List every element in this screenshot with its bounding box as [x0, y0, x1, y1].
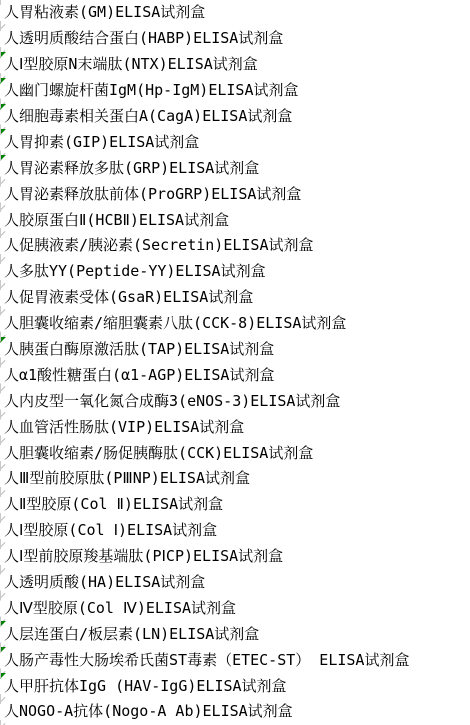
table-row[interactable]: 人透明质酸结合蛋白(HABP)ELISA试剂盒	[0, 26, 470, 52]
cell-text: 人促胃液素受体(GsaR)ELISA试剂盒	[0, 290, 253, 305]
table-row[interactable]: 人肠产毒性大肠埃希氏菌ST毒素（ETEC-ST） ELISA试剂盒	[0, 647, 470, 673]
cell-text: 人胰蛋白酶原激活肽(TAP)ELISA试剂盒	[0, 342, 274, 357]
cell-text: 人α1酸性糖蛋白(α1-AGP)ELISA试剂盒	[0, 368, 274, 383]
table-row[interactable]: 人胆囊收缩素/缩胆囊素八肽(CCK-8)ELISA试剂盒	[0, 311, 470, 337]
cell-text: 人血管活性肠肽(VIP)ELISA试剂盒	[0, 420, 244, 435]
table-row[interactable]: 人血管活性肠肽(VIP)ELISA试剂盒	[0, 414, 470, 440]
table-row[interactable]: 人胃粘液素(GM)ELISA试剂盒	[0, 0, 470, 26]
error-indicator-icon	[0, 78, 6, 84]
cell-text: 人胆囊收缩素/肠促胰酶肽(CCK)ELISA试剂盒	[0, 446, 313, 461]
cell-text: 人Ⅱ型胶原(Col Ⅱ)ELISA试剂盒	[0, 497, 223, 512]
cell-text: 人甲肝抗体IgG (HAV-IgG)ELISA试剂盒	[0, 679, 287, 694]
table-row[interactable]: 人NOGO-A抗体(Nogo-A Ab)ELISA试剂盒	[0, 699, 470, 725]
cell-text: 人Ⅰ型胶原(Col Ⅰ)ELISA试剂盒	[0, 523, 217, 538]
error-indicator-icon	[0, 337, 6, 343]
cell-text: 人NOGO-A抗体(Nogo-A Ab)ELISA试剂盒	[0, 704, 293, 719]
cell-text: 人细胞毒素相关蛋白A(CagA)ELISA试剂盒	[0, 109, 292, 124]
table-row[interactable]: 人促胃液素受体(GsaR)ELISA试剂盒	[0, 285, 470, 311]
table-row[interactable]: 人胃泌素释放肽前体(ProGRP)ELISA试剂盒	[0, 181, 470, 207]
cell-text: 人胃泌素释放多肽(GRP)ELISA试剂盒	[0, 161, 259, 176]
table-row[interactable]: 人Ⅱ型胶原(Col Ⅱ)ELISA试剂盒	[0, 492, 470, 518]
cell-text: 人内皮型一氧化氮合成酶3(eNOS-3)ELISA试剂盒	[0, 394, 340, 409]
cell-text: 人胃粘液素(GM)ELISA试剂盒	[0, 5, 205, 20]
cell-text: 人幽门螺旋杆菌IgM(Hp-IgM)ELISA试剂盒	[0, 83, 299, 98]
error-indicator-icon	[0, 52, 6, 58]
cell-text: 人胃抑素(GIP)ELISA试剂盒	[0, 135, 199, 150]
cell-text: 人Ⅰ型胶原N末端肽(NTX)ELISA试剂盒	[0, 57, 258, 72]
table-row[interactable]: 人甲肝抗体IgG (HAV-IgG)ELISA试剂盒	[0, 673, 470, 699]
cell-text: 人透明质酸(HA)ELISA试剂盒	[0, 575, 205, 590]
table-row[interactable]: 人Ⅰ型胶原N末端肽(NTX)ELISA试剂盒	[0, 52, 470, 78]
table-row[interactable]: 人胰蛋白酶原激活肽(TAP)ELISA试剂盒	[0, 337, 470, 363]
table-row[interactable]: 人Ⅲ型前胶原肽(PⅢNP)ELISA试剂盒	[0, 466, 470, 492]
cell-text: 人胃泌素释放肽前体(ProGRP)ELISA试剂盒	[0, 187, 301, 202]
cell-text: 人促胰液素/胰泌素(Secretin)ELISA试剂盒	[0, 238, 314, 253]
table-row[interactable]: 人Ⅰ型胶原(Col Ⅰ)ELISA试剂盒	[0, 518, 470, 544]
cell-text: 人肠产毒性大肠埃希氏菌ST毒素（ETEC-ST） ELISA试剂盒	[0, 653, 409, 668]
cell-text: 人Ⅳ型胶原(Col Ⅳ)ELISA试剂盒	[0, 601, 236, 616]
error-indicator-icon	[0, 155, 6, 161]
table-row[interactable]: 人α1酸性糖蛋白(α1-AGP)ELISA试剂盒	[0, 362, 470, 388]
error-indicator-icon	[0, 129, 6, 135]
row-list: 人胃粘液素(GM)ELISA试剂盒人透明质酸结合蛋白(HABP)ELISA试剂盒…	[0, 0, 470, 725]
cell-text: 人透明质酸结合蛋白(HABP)ELISA试剂盒	[0, 31, 283, 46]
table-row[interactable]: 人促胰液素/胰泌素(Secretin)ELISA试剂盒	[0, 233, 470, 259]
table-row[interactable]: 人Ⅳ型胶原(Col Ⅳ)ELISA试剂盒	[0, 595, 470, 621]
table-row[interactable]: 人胆囊收缩素/肠促胰酶肽(CCK)ELISA试剂盒	[0, 440, 470, 466]
table-row[interactable]: 人幽门螺旋杆菌IgM(Hp-IgM)ELISA试剂盒	[0, 78, 470, 104]
error-indicator-icon	[0, 673, 6, 679]
cell-text: 人Ⅲ型前胶原肽(PⅢNP)ELISA试剂盒	[0, 471, 250, 486]
table-row[interactable]: 人胶原蛋白Ⅱ(HCBⅡ)ELISA试剂盒	[0, 207, 470, 233]
cell-text: 人胆囊收缩素/缩胆囊素八肽(CCK-8)ELISA试剂盒	[0, 316, 346, 331]
table-row[interactable]: 人Ⅰ型前胶原羧基端肽(PⅠCP)ELISA试剂盒	[0, 544, 470, 570]
table-row[interactable]: 人多肽YY(Peptide-YY)ELISA试剂盒	[0, 259, 470, 285]
error-indicator-icon	[0, 647, 6, 653]
table-row[interactable]: 人内皮型一氧化氮合成酶3(eNOS-3)ELISA试剂盒	[0, 388, 470, 414]
cell-text: 人多肽YY(Peptide-YY)ELISA试剂盒	[0, 264, 266, 279]
table-row[interactable]: 人胃抑素(GIP)ELISA试剂盒	[0, 129, 470, 155]
table-row[interactable]: 人透明质酸(HA)ELISA试剂盒	[0, 570, 470, 596]
error-indicator-icon	[0, 104, 6, 110]
cell-text: 人Ⅰ型前胶原羧基端肽(PⅠCP)ELISA试剂盒	[0, 549, 283, 564]
spreadsheet-cell-list: 人胃粘液素(GM)ELISA试剂盒人透明质酸结合蛋白(HABP)ELISA试剂盒…	[0, 0, 470, 725]
cell-text: 人层连蛋白/板层素(LN)ELISA试剂盒	[0, 627, 259, 642]
table-row[interactable]: 人细胞毒素相关蛋白A(CagA)ELISA试剂盒	[0, 104, 470, 130]
table-row[interactable]: 人层连蛋白/板层素(LN)ELISA试剂盒	[0, 621, 470, 647]
cell-text: 人胶原蛋白Ⅱ(HCBⅡ)ELISA试剂盒	[0, 213, 229, 228]
error-indicator-icon	[0, 621, 6, 627]
table-row[interactable]: 人胃泌素释放多肽(GRP)ELISA试剂盒	[0, 155, 470, 181]
